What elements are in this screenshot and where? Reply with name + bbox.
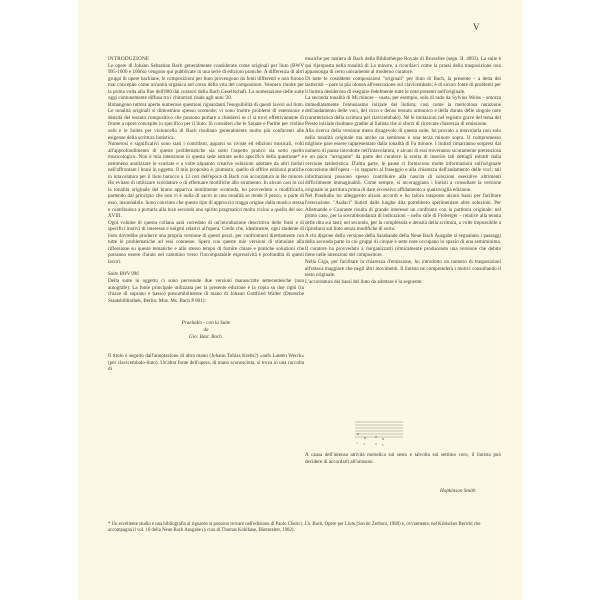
paragraph: Ogni volume di questa collana sarà corre… [108,220,304,266]
paragraph: Alla ricerca della versione meno disagev… [305,128,501,193]
paragraph: Di tutte le cosiddette composizioni "ori… [305,76,501,96]
footnote: * Un eccellente studio e una bibliografi… [108,522,503,534]
paragraph: Rimangono tuttora aperte numerose questi… [108,102,304,141]
svg-text:4: 4 [375,442,377,446]
paragraph: Numerosi e significativi sono stati i co… [108,141,304,220]
title-line: Gio: Bast. Bach. [108,334,304,341]
right-column: musiche per tastiera di Bach della Bibli… [305,56,501,285]
svg-text://: // [356,441,358,445]
page-number: V [473,22,480,32]
tab-letter: a [364,435,366,440]
paragraph: Le opere di Johann Sebastian Bach genera… [108,63,304,102]
tab-letter: a [382,436,384,441]
paragraph: L'accordatura dei bassi del liuto da ado… [305,279,501,286]
paragraph: musiche per tastiera di Bach della Bibli… [305,56,501,76]
title-line: da [108,327,304,334]
svg-text:5: 5 [382,443,384,447]
svg-text:///: /// [363,442,366,446]
paragraph: Nella Giga, per facilitare la chiarezza … [305,259,501,279]
paragraph: La seconda tonalità di Mi minore – usata… [305,95,501,128]
subheading: Suite BWV 996 [108,271,304,278]
tab-letter: a [375,434,377,439]
paragraph: Della suite in oggetto ci sono pervenute… [108,278,304,304]
paragraph: Nel Praeludio ho alleggerito alcuni acco… [305,193,501,232]
tab-letter: a [357,431,359,436]
paragraph: A chi dispone della versione della Sarab… [305,233,501,259]
title-line: Praeludio - con la Suite [108,320,304,327]
left-column: INTRODUZIONE Le opere di Johann Sebastia… [108,56,304,373]
paragraph: Il titolo è seguito dall'annotazione di … [108,353,304,373]
paragraph: A causa dell'intensa attività melodica s… [305,452,501,465]
manuscript-title: Praeludio - con la Suite da Gio: Bast. B… [108,320,304,341]
author-signature: Hopkinson Smith [440,488,476,494]
